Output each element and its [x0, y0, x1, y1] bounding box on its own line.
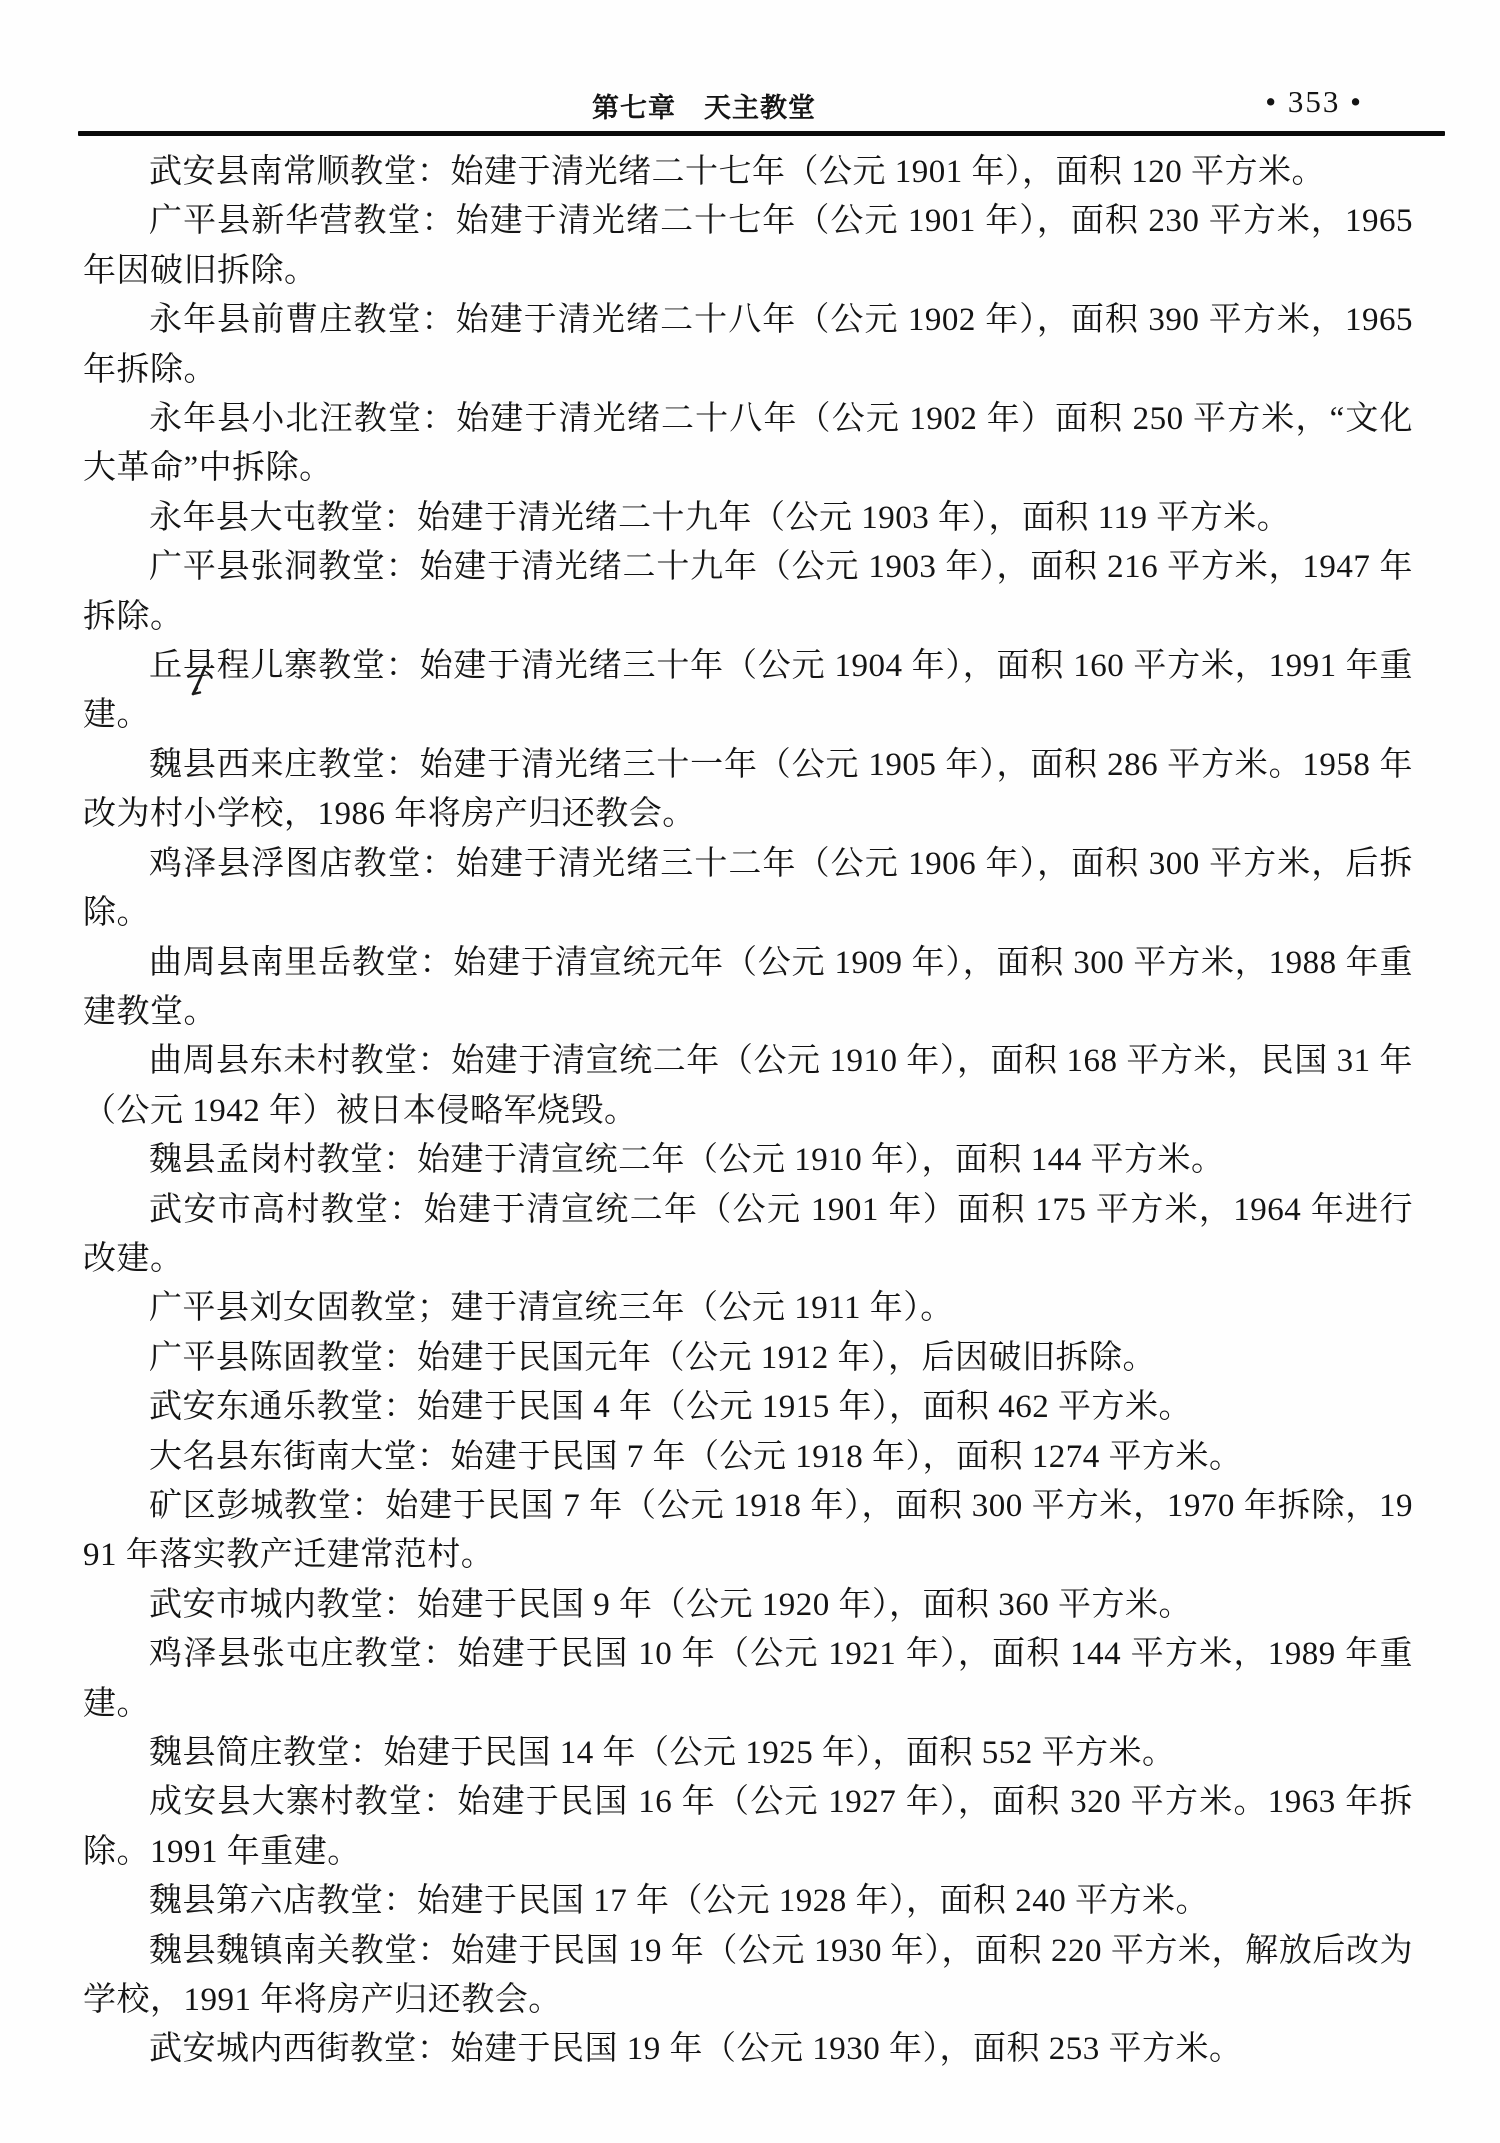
paragraph: 魏县孟岗村教堂：始建于清宣统二年（公元 1910 年），面积 144 平方米。	[83, 1136, 1413, 1185]
paragraph: 成安县大寨村教堂：始建于民国 16 年（公元 1927 年），面积 320 平方…	[83, 1778, 1413, 1877]
scanned-book-page: 第七章 天主教堂 • 353 • 武安县南常顺教堂：始建于清光绪二十七年（公元 …	[0, 0, 1500, 2143]
paragraph: 武安城内西街教堂：始建于民国 19 年（公元 1930 年），面积 253 平方…	[83, 2025, 1413, 2074]
chapter-title: 第七章 天主教堂	[592, 86, 816, 125]
paragraph: 魏县魏镇南关教堂：始建于民国 19 年（公元 1930 年），面积 220 平方…	[83, 1927, 1413, 2026]
paragraph: 矿区彭城教堂：始建于民国 7 年（公元 1918 年），面积 300 平方米，1…	[83, 1482, 1413, 1581]
paragraph: 永年县大屯教堂：始建于清光绪二十九年（公元 1903 年），面积 119 平方米…	[83, 494, 1413, 543]
page-number: • 353 •	[1265, 84, 1363, 120]
paragraph: 鸡泽县浮图店教堂：始建于清光绪三十二年（公元 1906 年），面积 300 平方…	[83, 840, 1413, 939]
paragraph: 武安县南常顺教堂：始建于清光绪二十七年（公元 1901 年），面积 120 平方…	[83, 148, 1413, 197]
paragraph: 广平县刘女固教堂；建于清宣统三年（公元 1911 年）。	[83, 1284, 1413, 1333]
paragraph: 永年县前曹庄教堂：始建于清光绪二十八年（公元 1902 年），面积 390 平方…	[83, 296, 1413, 395]
paragraph: 广平县陈固教堂：始建于民国元年（公元 1912 年），后因破旧拆除。	[83, 1334, 1413, 1383]
page-header: 第七章 天主教堂 • 353 •	[0, 86, 1500, 122]
paragraph: 武安市城内教堂：始建于民国 9 年（公元 1920 年），面积 360 平方米。	[83, 1581, 1413, 1630]
paragraph: 永年县小北汪教堂：始建于清光绪二十八年（公元 1902 年）面积 250 平方米…	[83, 395, 1413, 494]
paragraph: 丘县程儿寨教堂：始建于清光绪三十年（公元 1904 年），面积 160 平方米，…	[83, 642, 1413, 741]
paragraph: 魏县简庄教堂：始建于民国 14 年（公元 1925 年），面积 552 平方米。	[83, 1729, 1413, 1778]
paragraph: 广平县张洞教堂：始建于清光绪二十九年（公元 1903 年），面积 216 平方米…	[83, 543, 1413, 642]
paragraph: 魏县第六店教堂：始建于民国 17 年（公元 1928 年），面积 240 平方米…	[83, 1877, 1413, 1926]
paragraph: 鸡泽县张屯庄教堂：始建于民国 10 年（公元 1921 年），面积 144 平方…	[83, 1630, 1413, 1729]
paragraph: 武安东通乐教堂：始建于民国 4 年（公元 1915 年），面积 462 平方米。	[83, 1383, 1413, 1432]
body-text: 武安县南常顺教堂：始建于清光绪二十七年（公元 1901 年），面积 120 平方…	[83, 148, 1413, 2075]
paragraph: 大名县东街南大堂：始建于民国 7 年（公元 1918 年），面积 1274 平方…	[83, 1433, 1413, 1482]
paragraph: 魏县西来庄教堂：始建于清光绪三十一年（公元 1905 年），面积 286 平方米…	[83, 741, 1413, 840]
header-rule	[78, 131, 1445, 136]
pen-mark	[183, 664, 211, 702]
paragraph: 曲周县南里岳教堂：始建于清宣统元年（公元 1909 年），面积 300 平方米，…	[83, 939, 1413, 1038]
paragraph: 武安市高村教堂：始建于清宣统二年（公元 1901 年）面积 175 平方米，19…	[83, 1186, 1413, 1285]
paragraph: 广平县新华营教堂：始建于清光绪二十七年（公元 1901 年），面积 230 平方…	[83, 197, 1413, 296]
paragraph: 曲周县东未村教堂：始建于清宣统二年（公元 1910 年），面积 168 平方米，…	[83, 1037, 1413, 1136]
